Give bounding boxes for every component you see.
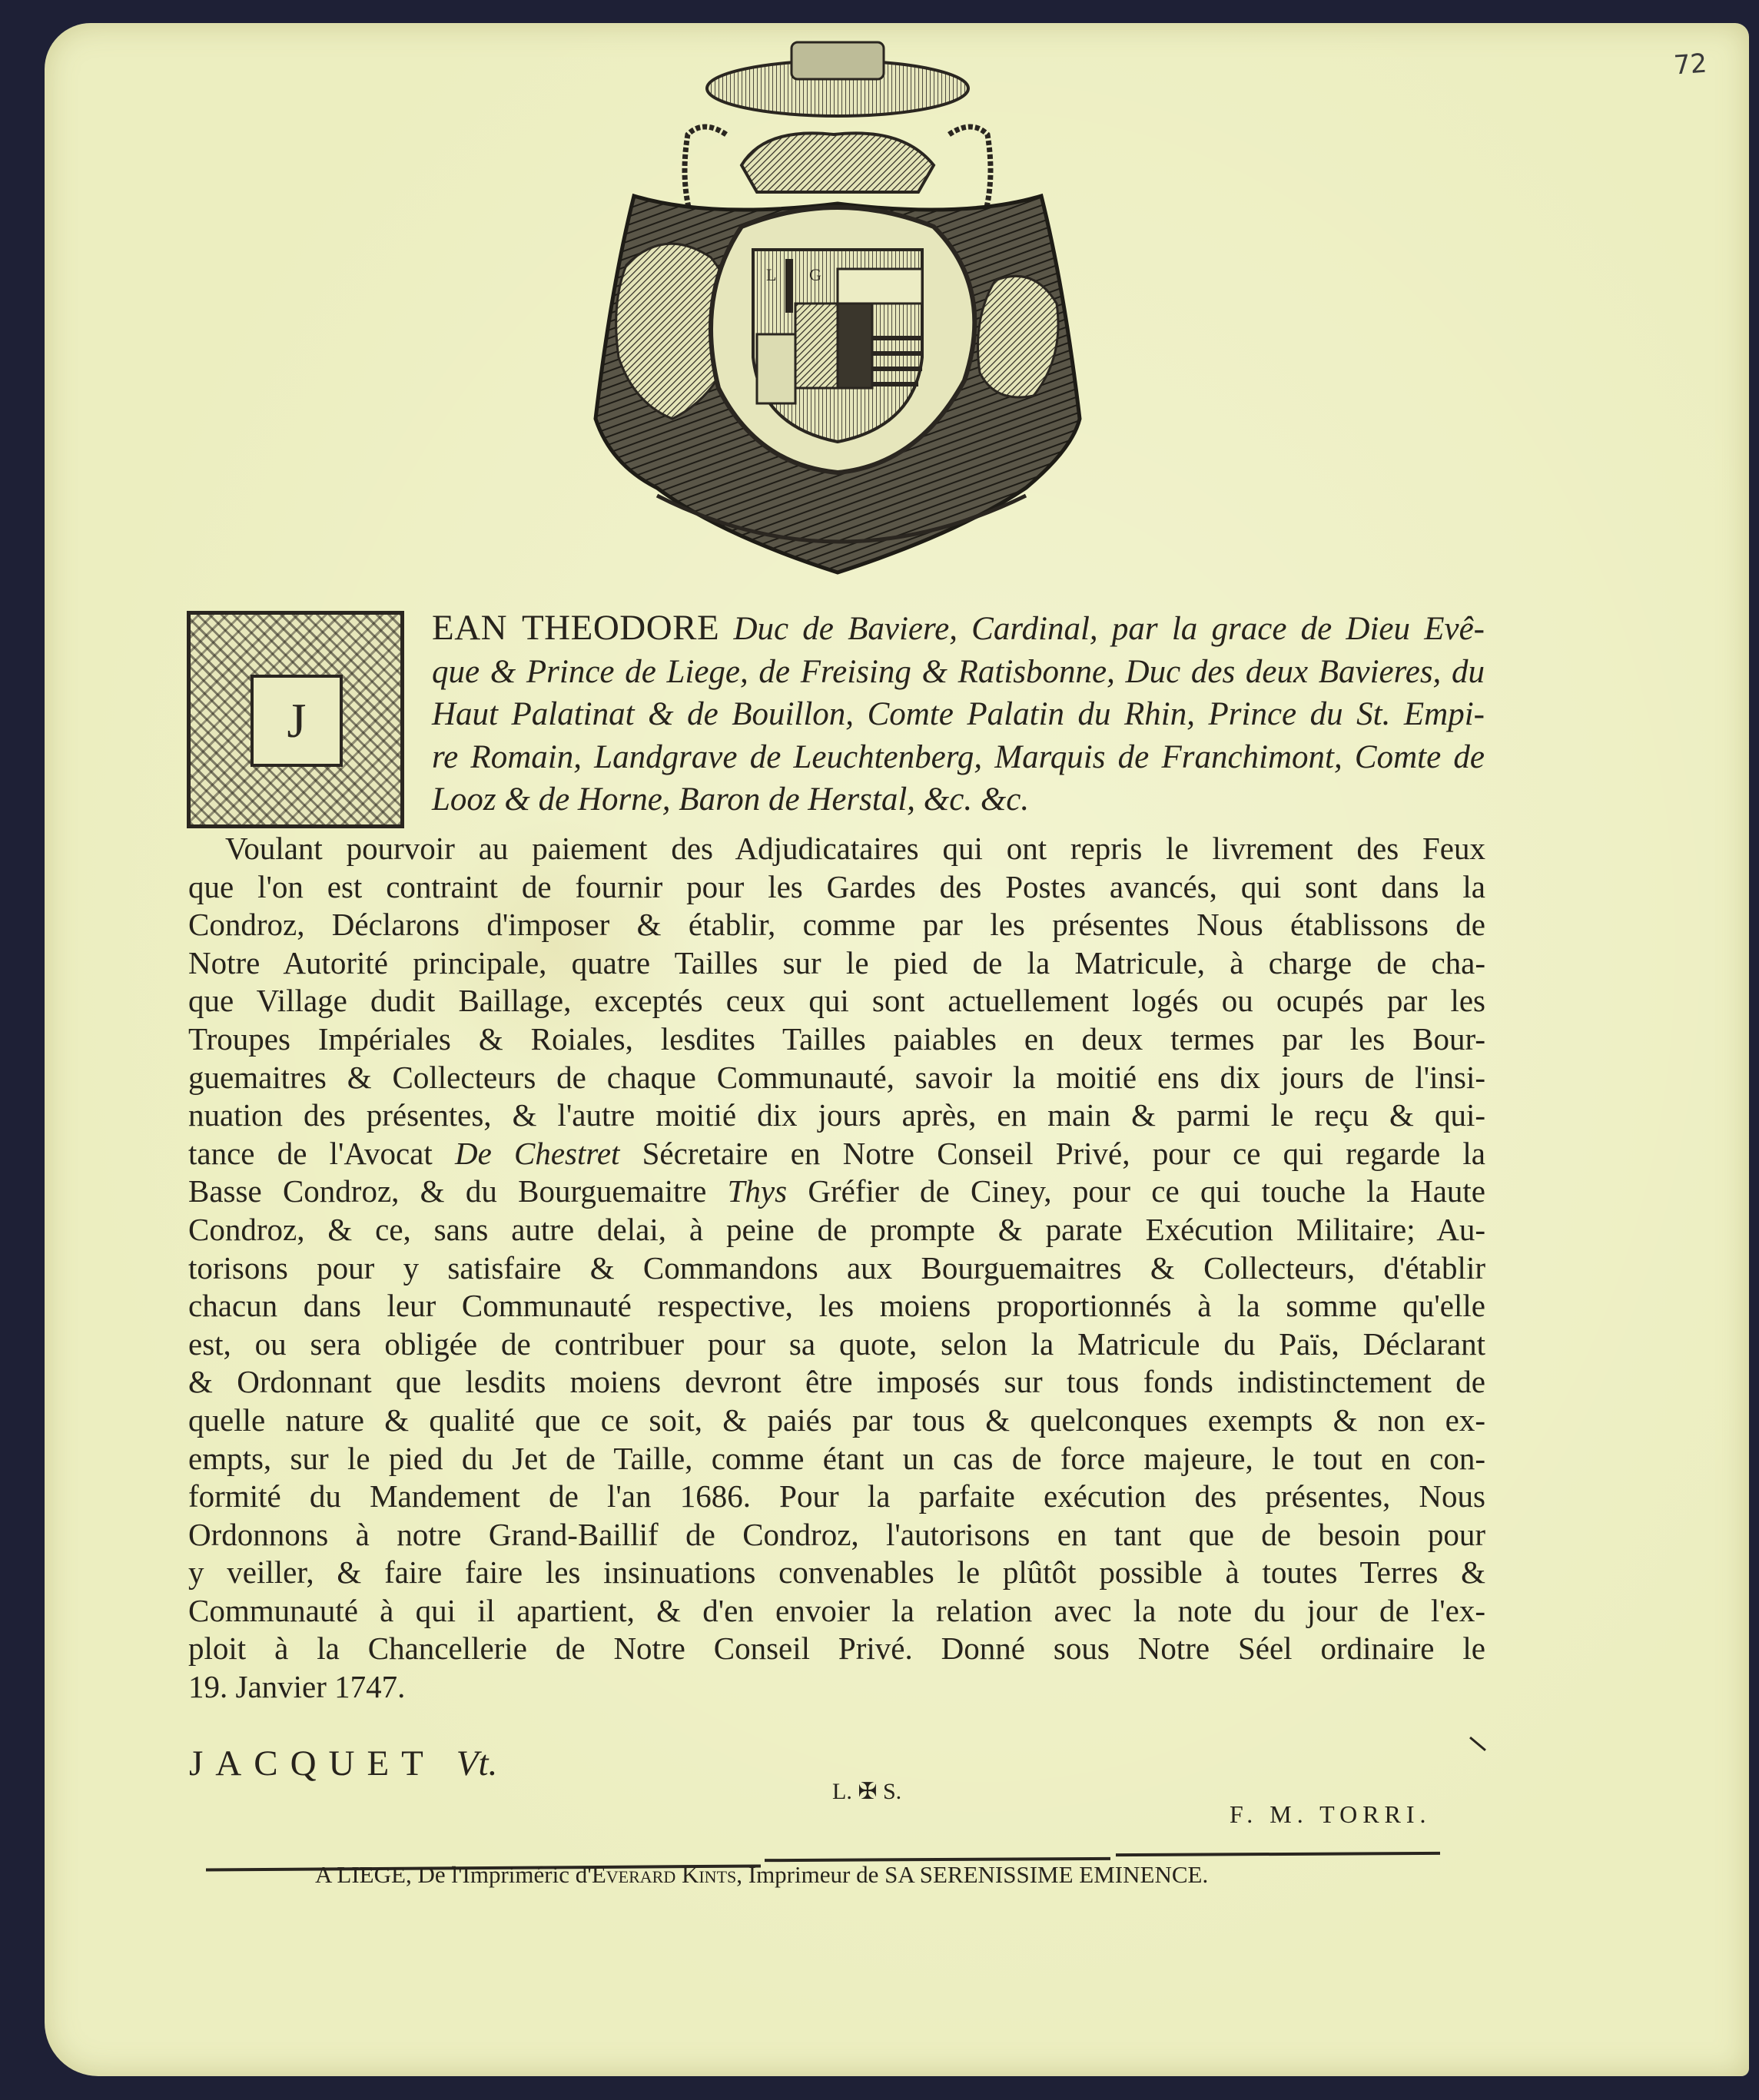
signature-jacquet: JACQUET Vt. bbox=[189, 1743, 497, 1784]
body-line: chacun dans leur Communauté respective, … bbox=[188, 1287, 1485, 1325]
title-line: EAN THEODORE Duc de Baviere, Cardinal, p… bbox=[432, 607, 1485, 651]
body-line: y veiller, & faire faire les insinuation… bbox=[188, 1554, 1485, 1592]
body-line: Condroz, Déclarons d'imposer & établir, … bbox=[188, 906, 1485, 944]
body-line: torisons pour y satisfaire & Commandons … bbox=[188, 1249, 1485, 1288]
body-line: empts, sur le pied du Jet de Taille, com… bbox=[188, 1440, 1485, 1478]
signature-torri: F. M. TORRI. bbox=[1230, 1800, 1432, 1829]
person-name: De Chestret bbox=[455, 1136, 619, 1171]
body-text: Gréfier de Ciney, pour ce qui touche la … bbox=[787, 1173, 1485, 1209]
body-line: Notre Autorité principale, quatre Taille… bbox=[188, 944, 1485, 983]
imprint-text: , Imprimeur de SA SERENISSIME EMINENCE. bbox=[736, 1861, 1208, 1888]
printer-imprint: A LIEGE, De l'Impriméric d'Everard Kints… bbox=[315, 1861, 1208, 1889]
sovereign-name: EAN THEODORE bbox=[432, 608, 719, 648]
body-line: Voulant pourvoir au paiement des Adjudic… bbox=[188, 830, 1485, 868]
body-text: Sécretaire en Notre Conseil Privé, pour … bbox=[619, 1136, 1485, 1171]
printer-name: Everard Kints bbox=[592, 1861, 736, 1888]
body-line: ploit à la Chancellerie de Notre Conseil… bbox=[188, 1630, 1485, 1668]
coat-of-arms-icon: L G bbox=[565, 35, 1110, 580]
body-line: Communauté à qui il apartient, & d'en en… bbox=[188, 1592, 1485, 1631]
body-line: Ordonnons à notre Grand-Baillif de Condr… bbox=[188, 1516, 1485, 1554]
signatory-title: Vt. bbox=[456, 1743, 498, 1783]
svg-text:L: L bbox=[766, 265, 776, 284]
initial-letter: J bbox=[251, 675, 343, 767]
title-line: Haut Palatinat & de Bouillon, Comte Pala… bbox=[432, 693, 1485, 736]
body-line: Condroz, & ce, sans autre delai, à peine… bbox=[188, 1211, 1485, 1249]
body-line: tance de l'Avocat De Chestret Sécretaire… bbox=[188, 1135, 1485, 1173]
imprint-text: A LIEGE, De l'Impriméric d' bbox=[315, 1861, 592, 1888]
date-line: 19. Janvier 1747. bbox=[188, 1668, 1485, 1707]
person-name: Thys bbox=[728, 1173, 787, 1209]
body-line: que Village dudit Baillage, exceptés ceu… bbox=[188, 982, 1485, 1020]
body-text: tance de l'Avocat bbox=[188, 1136, 455, 1171]
title-line: re Romain, Landgrave de Leuchtenberg, Ma… bbox=[432, 736, 1485, 779]
title-text: Duc de Baviere, Cardinal, par la grace d… bbox=[719, 611, 1485, 647]
body-line: Basse Condroz, & du Bourguemaitre Thys G… bbox=[188, 1173, 1485, 1211]
seal-mark: L. ✠ S. bbox=[832, 1778, 901, 1805]
decree-body: Voulant pourvoir au paiement des Adjudic… bbox=[188, 830, 1485, 1707]
body-line: est, ou sera obligée de contribuer pour … bbox=[188, 1325, 1485, 1364]
body-line: quelle nature & qualité que ce soit, & p… bbox=[188, 1402, 1485, 1440]
svg-text:G: G bbox=[809, 265, 821, 284]
body-line: nuation des présentes, & l'autre moitié … bbox=[188, 1096, 1485, 1135]
body-line: Troupes Impériales & Roiales, lesdites T… bbox=[188, 1020, 1485, 1059]
folio-number: 72 bbox=[1673, 48, 1708, 81]
title-line: que & Prince de Liege, de Freising & Rat… bbox=[432, 651, 1485, 694]
decorated-initial: J bbox=[187, 611, 404, 828]
body-text: Basse Condroz, & du Bourguemaitre bbox=[188, 1173, 728, 1209]
body-line: que l'on est contraint de fournir pour l… bbox=[188, 868, 1485, 907]
signatory-name: JACQUET bbox=[189, 1743, 435, 1783]
body-line: & Ordonnant que lesdits moiens devront ê… bbox=[188, 1363, 1485, 1402]
title-block: EAN THEODORE Duc de Baviere, Cardinal, p… bbox=[432, 607, 1485, 821]
title-line: Looz & de Horne, Baron de Herstal, &c. &… bbox=[432, 778, 1485, 821]
body-line: formité du Mandement de l'an 1686. Pour … bbox=[188, 1478, 1485, 1516]
body-line: guemaitres & Collecteurs de chaque Commu… bbox=[188, 1059, 1485, 1097]
